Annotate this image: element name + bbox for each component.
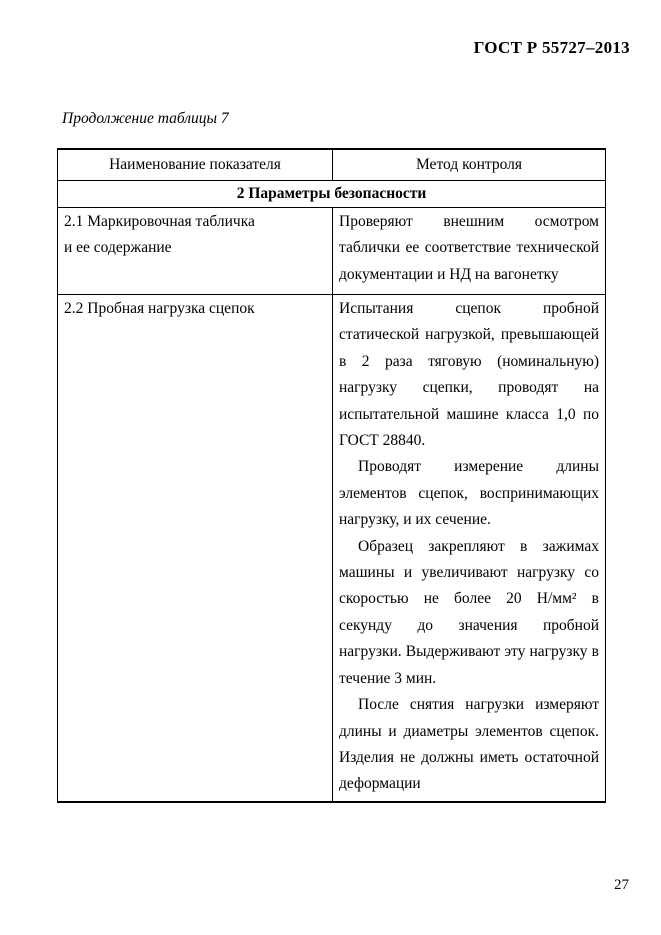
indicator-name-cell: 2.1 Маркировочная табличкаи ее содержани… — [58, 208, 333, 295]
control-method-cell: Испытания сцепок пробной статической наг… — [333, 295, 606, 802]
table-header-row: Наименование показателя Метод контроля — [58, 149, 606, 181]
column-header-method: Метод контроля — [333, 149, 606, 181]
control-methods-table: Наименование показателя Метод контроля 2… — [57, 148, 606, 803]
document-code: ГОСТ Р 55727–2013 — [474, 38, 630, 58]
section-header: 2 Параметры безопасности — [58, 181, 606, 208]
table-caption: Продолжение таблицы 7 — [62, 110, 229, 128]
table-row: 2.2 Пробная нагрузка сцепок Испытания сц… — [58, 295, 606, 802]
document-page: { "page": { "header": "ГОСТ Р 55727–2013… — [0, 0, 661, 935]
page-number: 27 — [614, 877, 629, 894]
table-row: 2.1 Маркировочная табличкаи ее содержани… — [58, 208, 606, 295]
indicator-name-cell: 2.2 Пробная нагрузка сцепок — [58, 295, 333, 802]
column-header-name: Наименование показателя — [58, 149, 333, 181]
control-method-cell: Проверяют внешним осмотром таблички ее с… — [333, 208, 606, 295]
section-header-row: 2 Параметры безопасности — [58, 181, 606, 208]
